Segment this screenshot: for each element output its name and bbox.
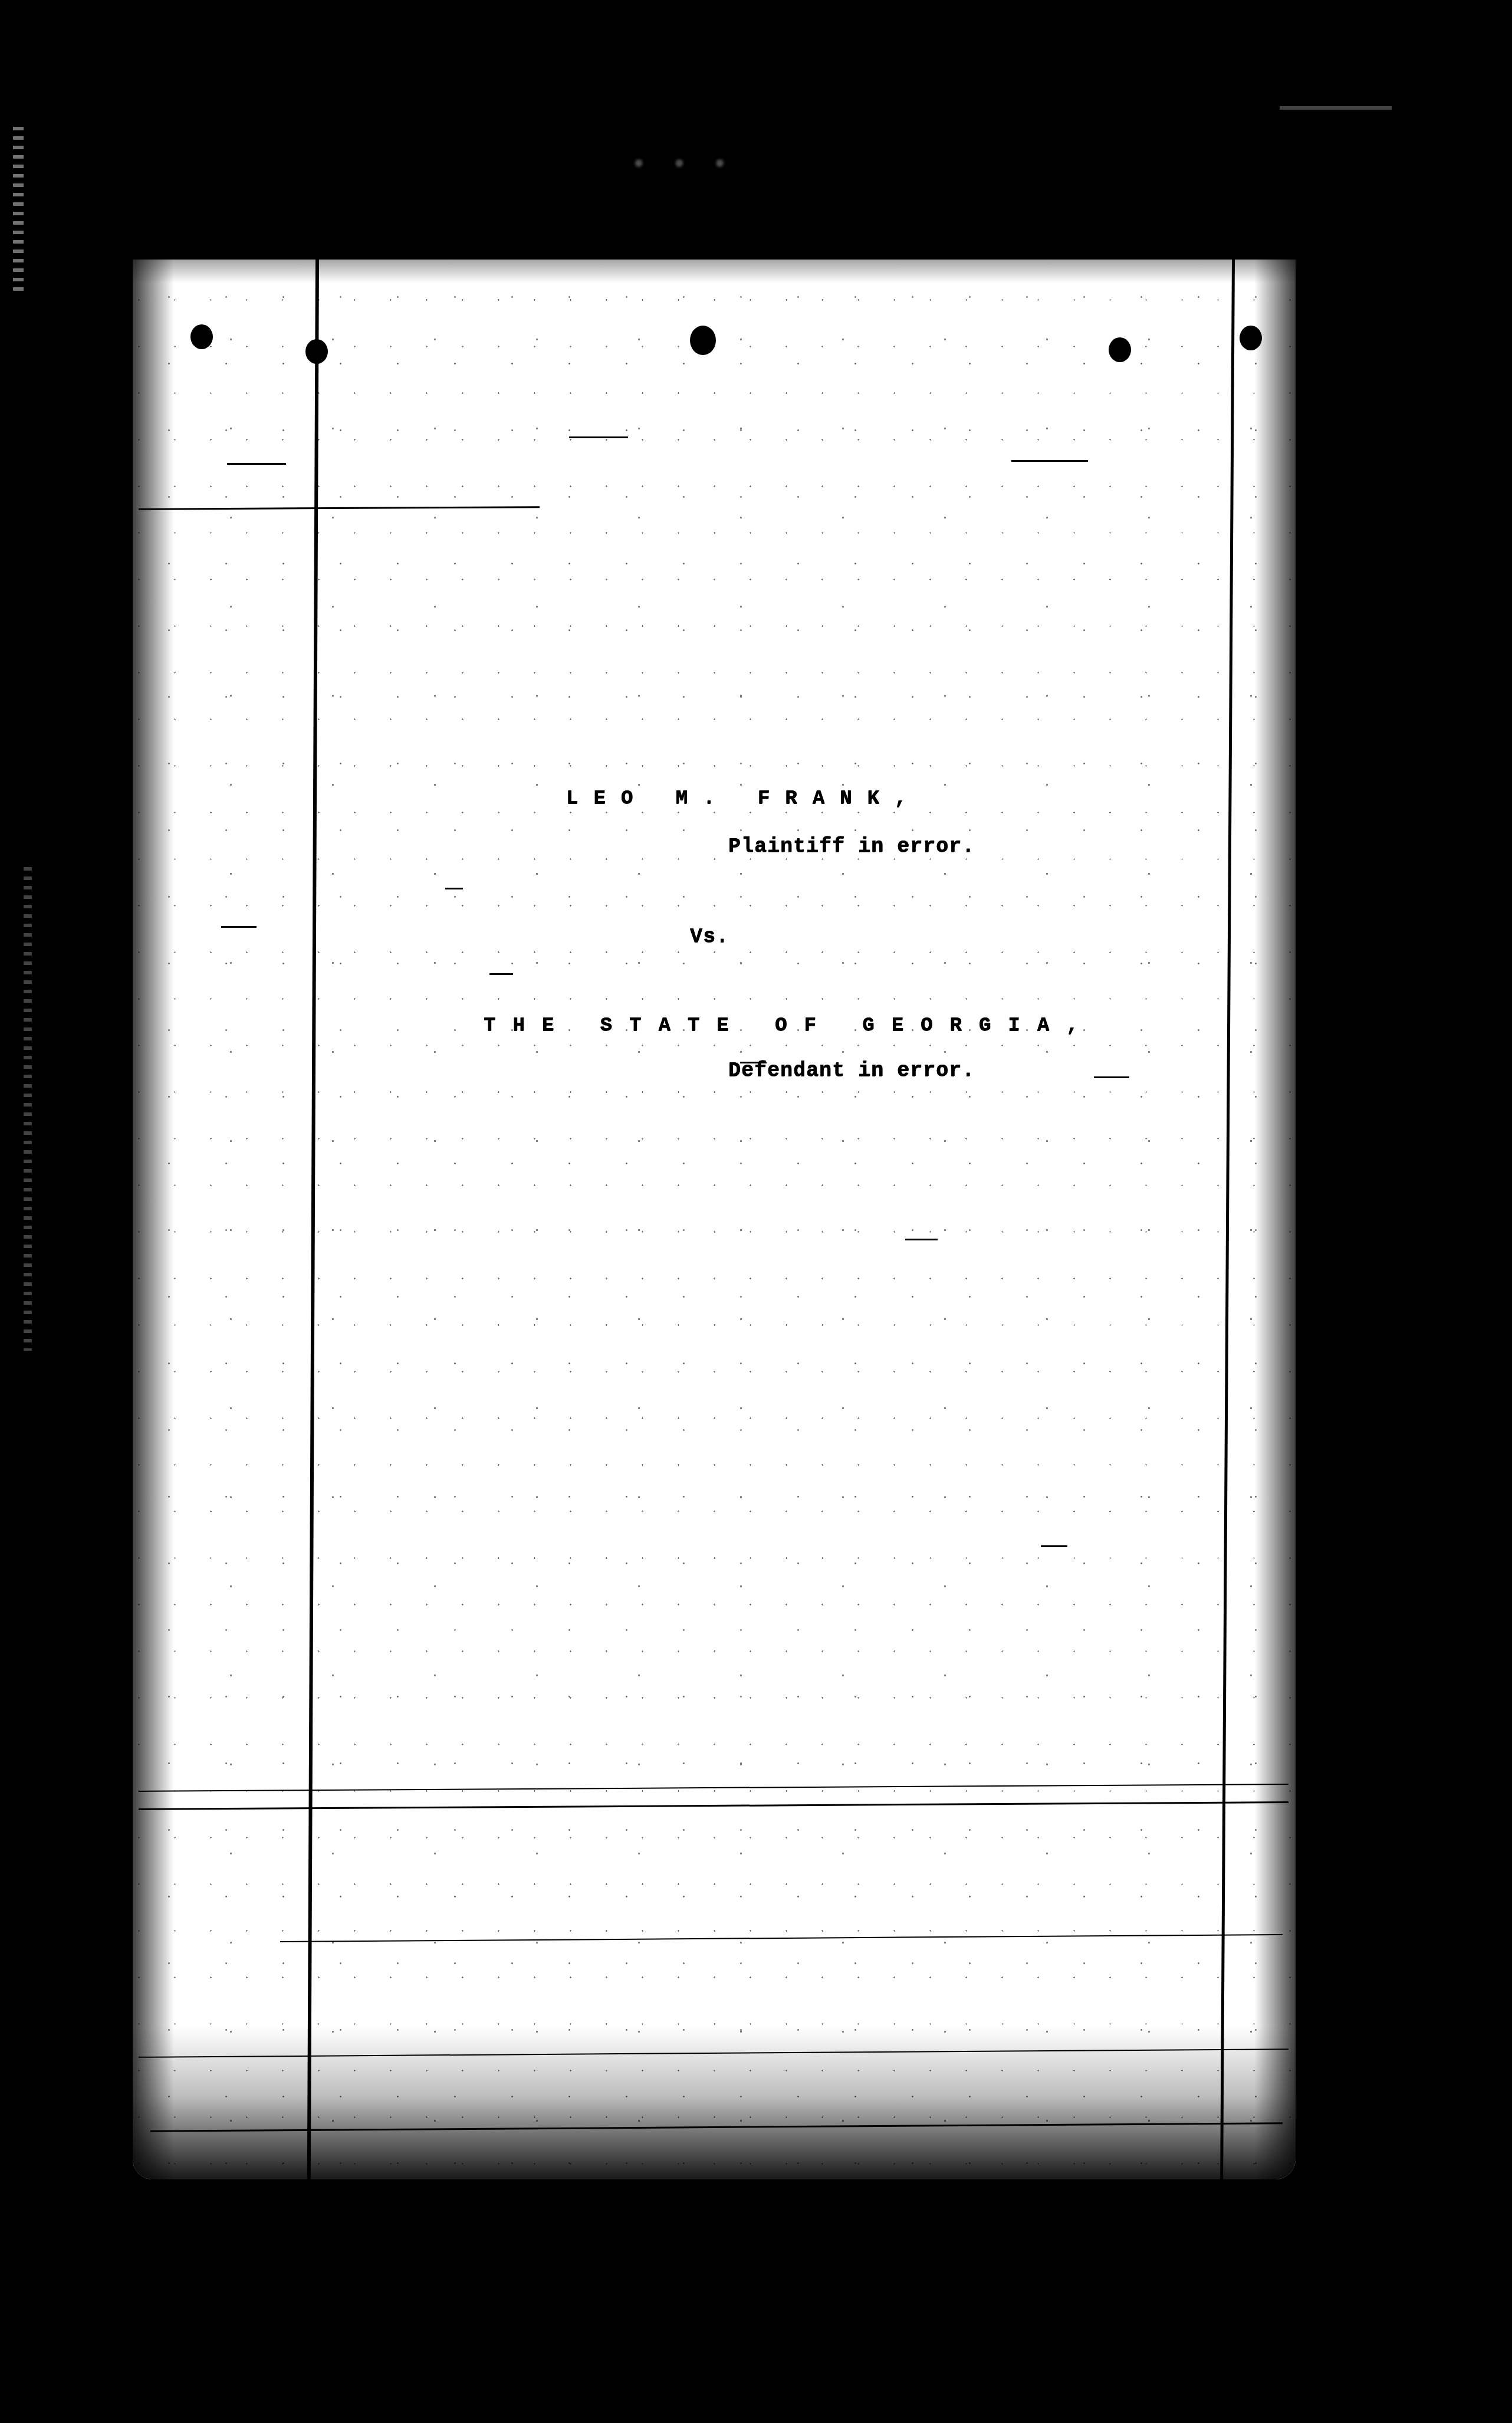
stray-mark bbox=[1094, 1076, 1129, 1078]
plaintiff-name: LEO M. FRANK, bbox=[566, 787, 922, 810]
punch-hole bbox=[305, 339, 328, 364]
punch-hole bbox=[1109, 337, 1131, 362]
scan-noise bbox=[133, 260, 1296, 2179]
ruled-line-upper-short bbox=[227, 463, 286, 465]
versus-label: Vs. bbox=[690, 925, 729, 948]
stray-mark bbox=[489, 973, 513, 975]
scan-edge-left bbox=[133, 260, 174, 2179]
illegible-header-number: • • • bbox=[631, 150, 749, 186]
left-margin-artifact-lower bbox=[24, 867, 32, 1351]
left-margin-artifact bbox=[13, 127, 24, 292]
stray-mark bbox=[445, 888, 463, 889]
stray-mark bbox=[1041, 1545, 1067, 1547]
defendant-role: Defendant in error. bbox=[728, 1059, 975, 1082]
stray-mark bbox=[221, 926, 257, 928]
punch-hole bbox=[190, 324, 213, 349]
defendant-name: THE STATE OF GEORGIA, bbox=[484, 1014, 1095, 1037]
scan-frame: • • • LEO M. bbox=[0, 0, 1512, 2423]
stray-mark bbox=[905, 1239, 938, 1240]
document-page: LEO M. FRANK, Plaintiff in error. Vs. TH… bbox=[133, 260, 1296, 2179]
top-right-artifact bbox=[1280, 106, 1392, 112]
punch-hole bbox=[1240, 326, 1262, 350]
scan-edge-right bbox=[1254, 260, 1296, 2179]
ruled-line-upper-short-2 bbox=[569, 436, 628, 438]
scan-edge-top bbox=[133, 260, 1296, 283]
ruled-line-right-short bbox=[1011, 460, 1088, 462]
plaintiff-role: Plaintiff in error. bbox=[728, 835, 975, 858]
punch-hole bbox=[690, 326, 716, 355]
